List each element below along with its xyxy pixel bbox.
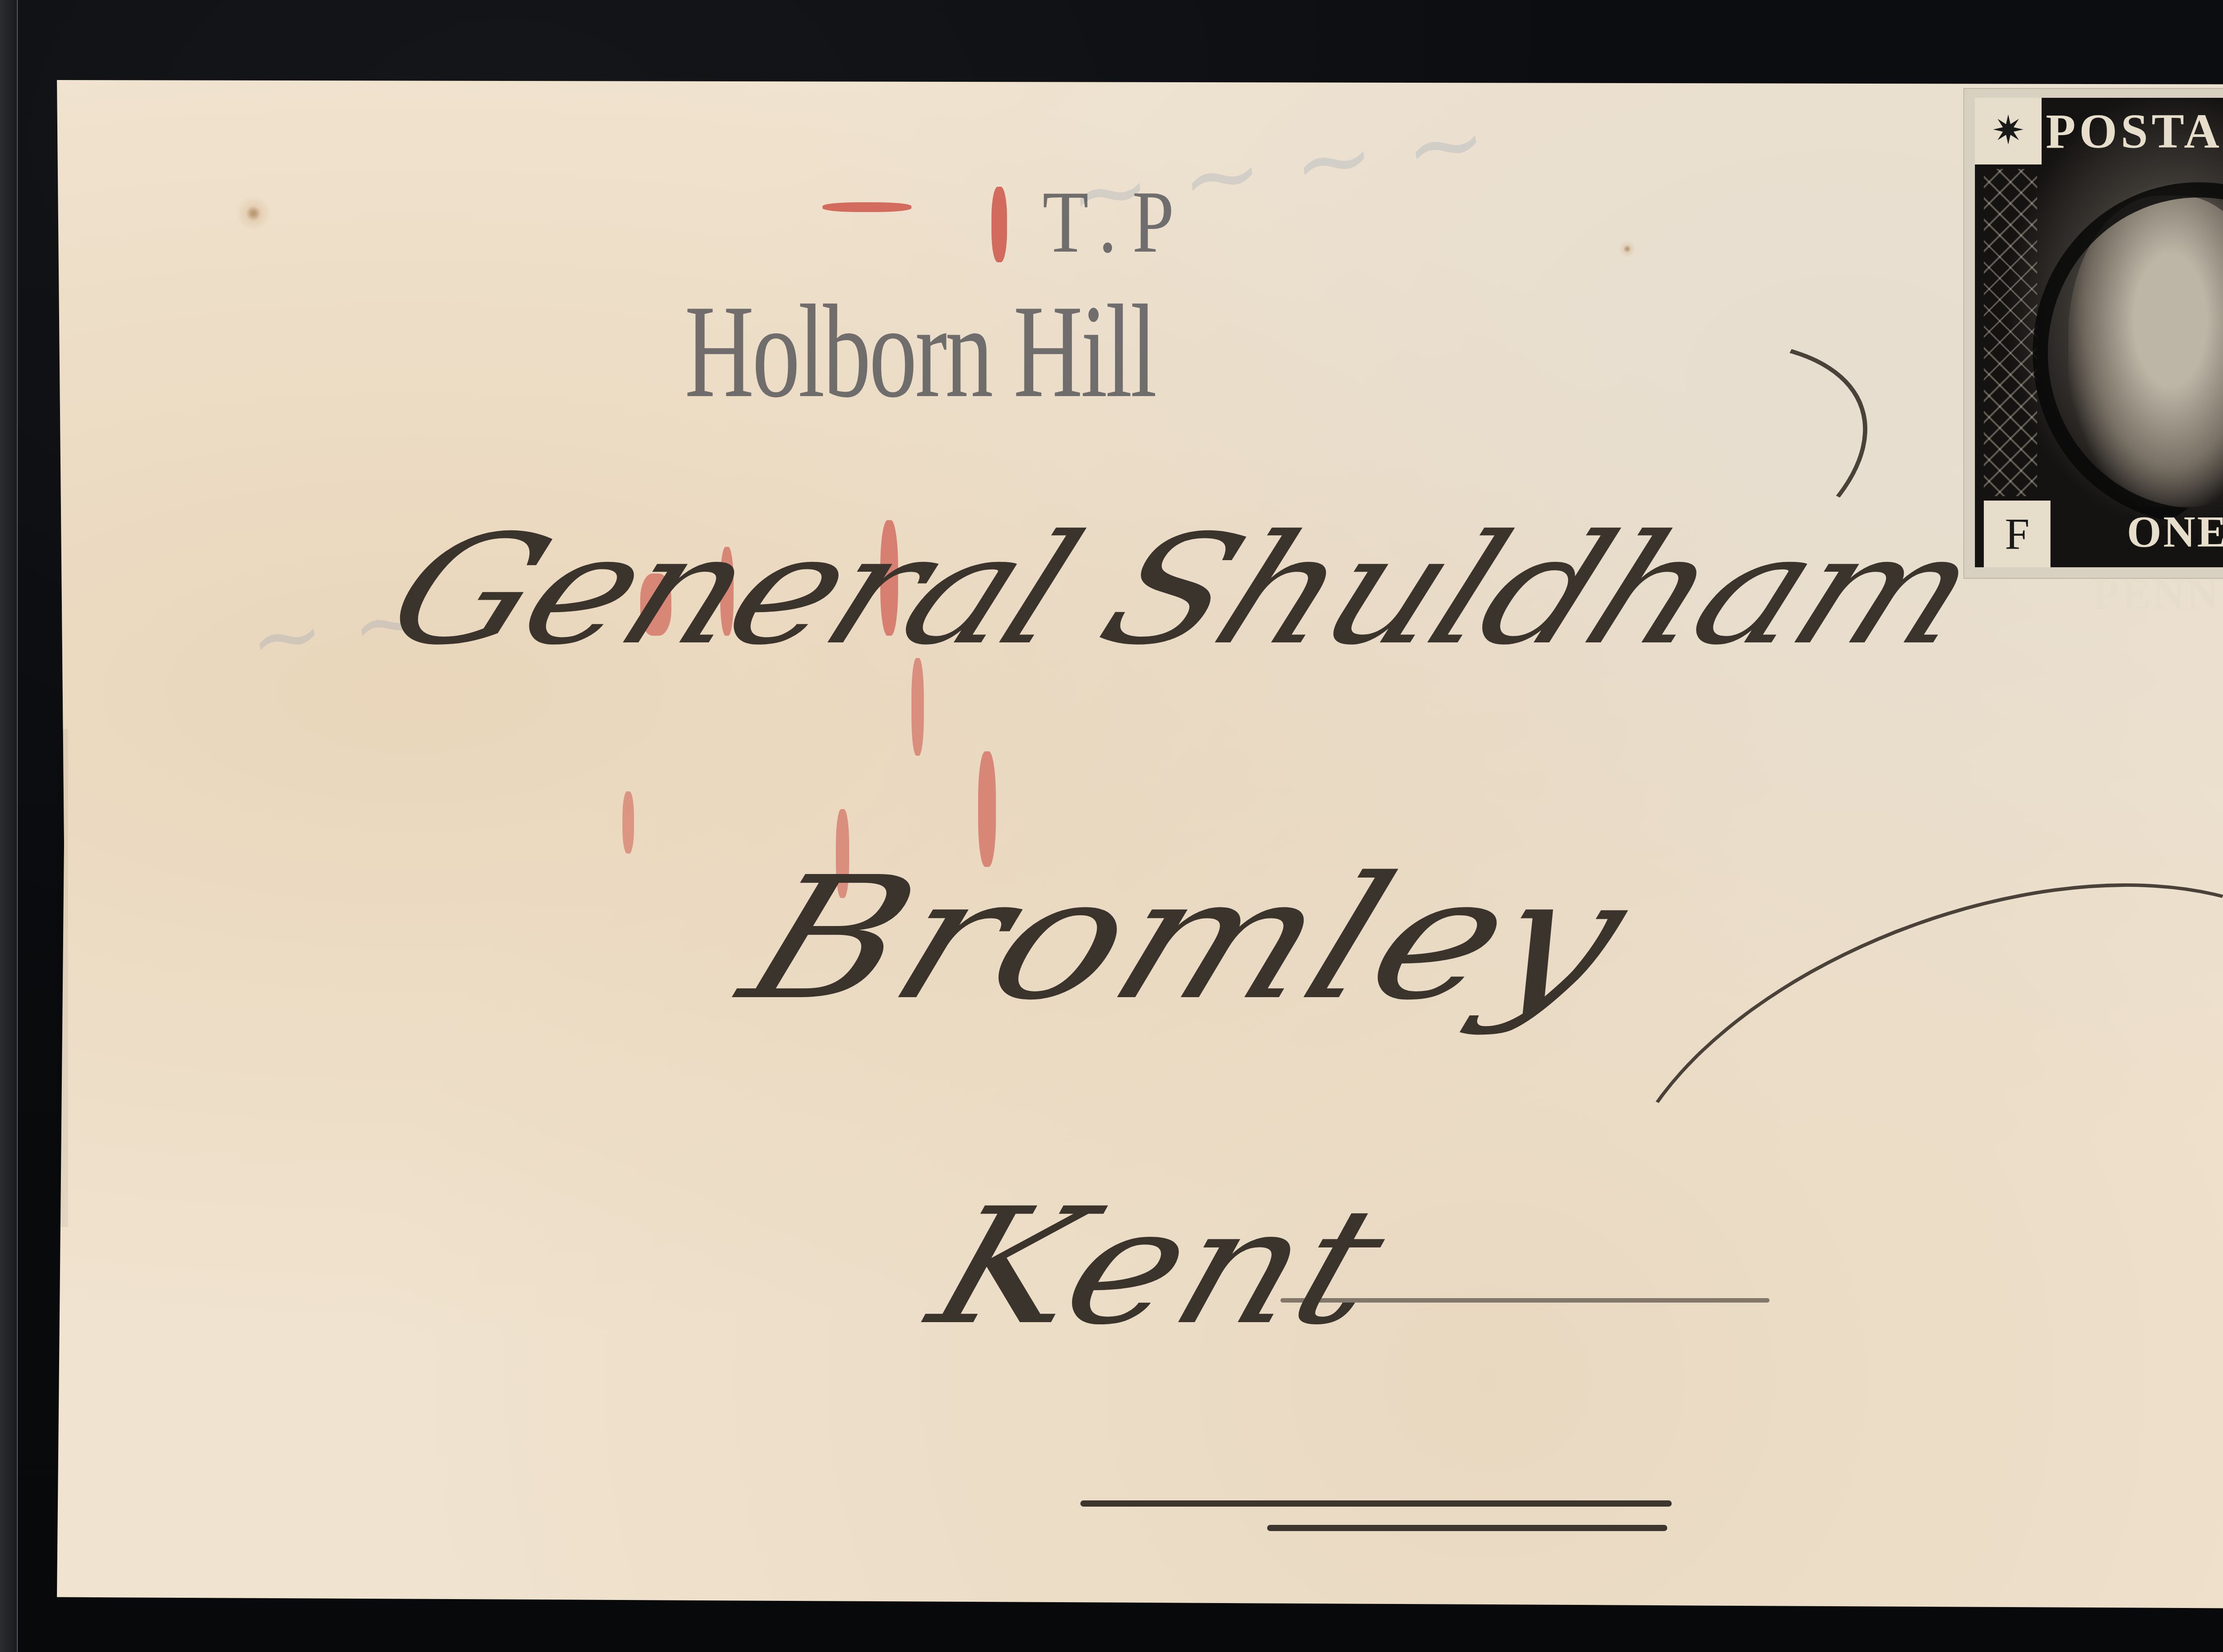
stamp-design: ✷ ✷ POSTAGE F ONE PENNY. G: [1975, 98, 2223, 567]
underline: [1080, 1500, 1672, 1507]
maltese-cross-cancel: [2033, 182, 2223, 524]
stamp-side-lattice: [1984, 169, 2037, 496]
penny-black-stamp: ✷ ✷ POSTAGE F ONE PENNY. G: [1964, 89, 2223, 578]
address-town: Bromley: [720, 840, 1652, 1037]
handstamp-tp: T.P: [803, 178, 1430, 267]
underline: [1267, 1525, 1667, 1531]
address-county: Kent: [911, 1174, 1406, 1360]
strike-line: [1280, 1298, 1770, 1303]
stamp-value-label: ONE PENNY.: [2050, 501, 2223, 563]
envelope-fold: [57, 729, 68, 1227]
mount-edge: [0, 0, 18, 1652]
foxing-spot: [236, 196, 271, 231]
red-ink-mark: [622, 791, 634, 854]
handstamp-office: Holborn Hill: [685, 285, 1261, 418]
stamp-postage-label: POSTAGE: [2042, 102, 2223, 160]
foxing-spot: [1618, 240, 1636, 258]
star-ornament-icon: ✷: [1975, 98, 2042, 164]
holborn-hill-handstamp: T.P Holborn Hill: [685, 178, 1485, 418]
